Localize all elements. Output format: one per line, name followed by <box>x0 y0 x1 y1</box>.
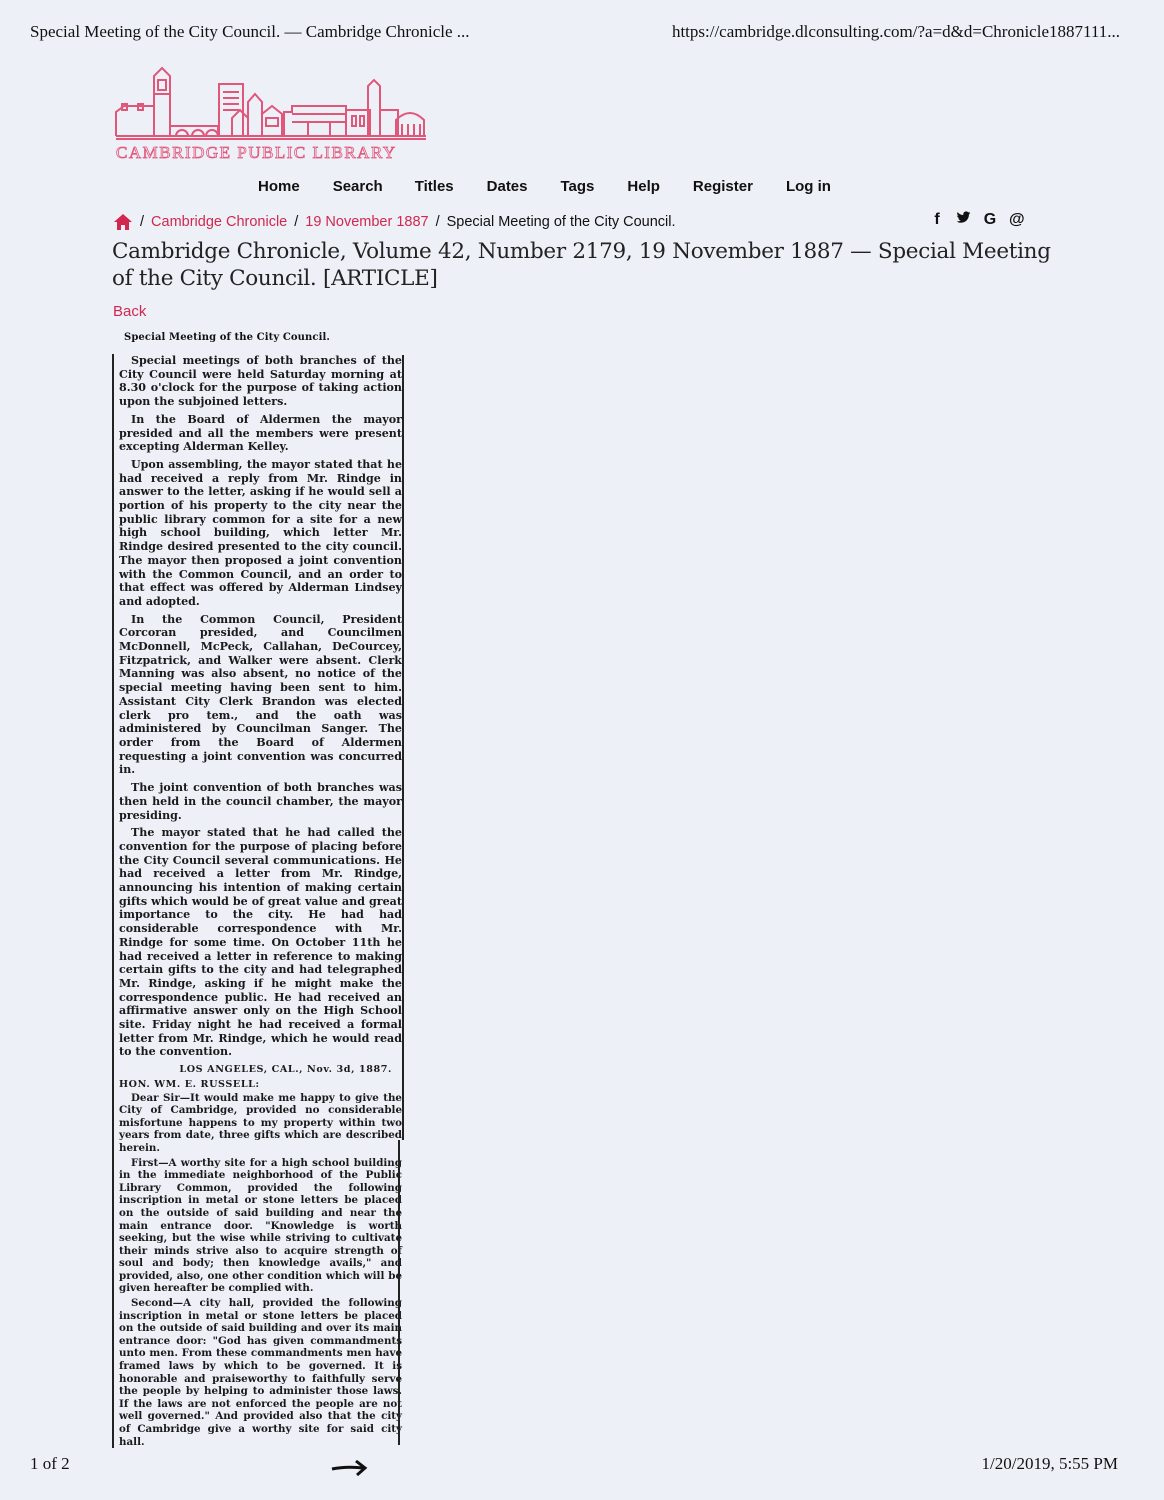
main-nav: Home Search Titles Dates Tags Help Regis… <box>258 178 864 195</box>
facebook-icon[interactable]: f <box>930 211 944 229</box>
article-title: Cambridge Chronicle, Volume 42, Number 2… <box>112 238 1052 292</box>
breadcrumb-current: Special Meeting of the City Council. <box>447 214 676 230</box>
clipping-paragraph: The mayor stated that he had called the … <box>119 826 402 1059</box>
print-header: Special Meeting of the City Council. — C… <box>30 18 1120 46</box>
nav-register[interactable]: Register <box>693 178 753 195</box>
google-icon[interactable]: G <box>983 211 997 229</box>
clipping-headline: Special Meeting of the City Council. <box>112 328 404 354</box>
print-footer: 1 of 2 1/20/2019, 5:55 PM <box>30 1453 1118 1475</box>
letter-dateline: LOS ANGELES, CAL., Nov. 3d, 1887. <box>119 1063 402 1077</box>
clipping-body: Special meetings of both branches of the… <box>112 354 404 1448</box>
nav-search[interactable]: Search <box>333 178 383 195</box>
clipping-paragraph: Upon assembling, the mayor stated that h… <box>119 458 402 609</box>
print-timestamp: 1/20/2019, 5:55 PM <box>982 1454 1119 1474</box>
clipping-paragraph: In the Common Council, President Corcora… <box>119 613 402 777</box>
home-icon[interactable] <box>113 213 133 231</box>
nav-home[interactable]: Home <box>258 178 300 195</box>
share-icons: f G @ <box>930 211 1025 229</box>
letter-paragraph: Dear Sir—It would make me happy to give … <box>119 1092 402 1155</box>
print-page-title: Special Meeting of the City Council. — C… <box>30 22 470 42</box>
breadcrumb-separator: / <box>436 214 440 230</box>
logo-text: CAMBRIDGE PUBLIC LIBRARY <box>112 143 430 163</box>
twitter-icon[interactable] <box>956 211 971 229</box>
nav-tags[interactable]: Tags <box>561 178 595 195</box>
newspaper-clipping: Special Meeting of the City Council. Spe… <box>112 328 404 1448</box>
breadcrumb-cambridge-chronicle[interactable]: Cambridge Chronicle <box>151 214 287 230</box>
letter-salutation: HON. WM. E. RUSSELL: <box>119 1078 402 1092</box>
nav-login[interactable]: Log in <box>786 178 831 195</box>
breadcrumb: / Cambridge Chronicle / 19 November 1887… <box>113 213 676 231</box>
nav-dates[interactable]: Dates <box>487 178 528 195</box>
clipping-paragraph: The joint convention of both branches wa… <box>119 781 402 822</box>
back-link[interactable]: Back <box>113 303 146 320</box>
skyline-icon <box>112 66 430 142</box>
breadcrumb-date[interactable]: 19 November 1887 <box>305 214 428 230</box>
nav-help[interactable]: Help <box>627 178 660 195</box>
arrow-right-icon <box>330 1458 370 1478</box>
column-rule <box>402 355 404 1140</box>
nav-titles[interactable]: Titles <box>415 178 454 195</box>
page-count: 1 of 2 <box>30 1454 70 1474</box>
column-rule <box>398 1140 400 1445</box>
cambridge-public-library-logo[interactable]: CAMBRIDGE PUBLIC LIBRARY <box>112 66 430 162</box>
letter-paragraph: Second—A city hall, provided the followi… <box>119 1297 402 1448</box>
clipping-paragraph: Special meetings of both branches of the… <box>119 354 402 409</box>
breadcrumb-separator: / <box>140 214 144 230</box>
print-url: https://cambridge.dlconsulting.com/?a=d&… <box>672 22 1120 42</box>
letter-paragraph: First—A worthy site for a high school bu… <box>119 1157 402 1296</box>
breadcrumb-separator: / <box>294 214 298 230</box>
clipping-paragraph: In the Board of Aldermen the mayor presi… <box>119 413 402 454</box>
email-icon[interactable]: @ <box>1009 211 1025 229</box>
letter-body: Dear Sir—It would make me happy to give … <box>119 1092 402 1448</box>
